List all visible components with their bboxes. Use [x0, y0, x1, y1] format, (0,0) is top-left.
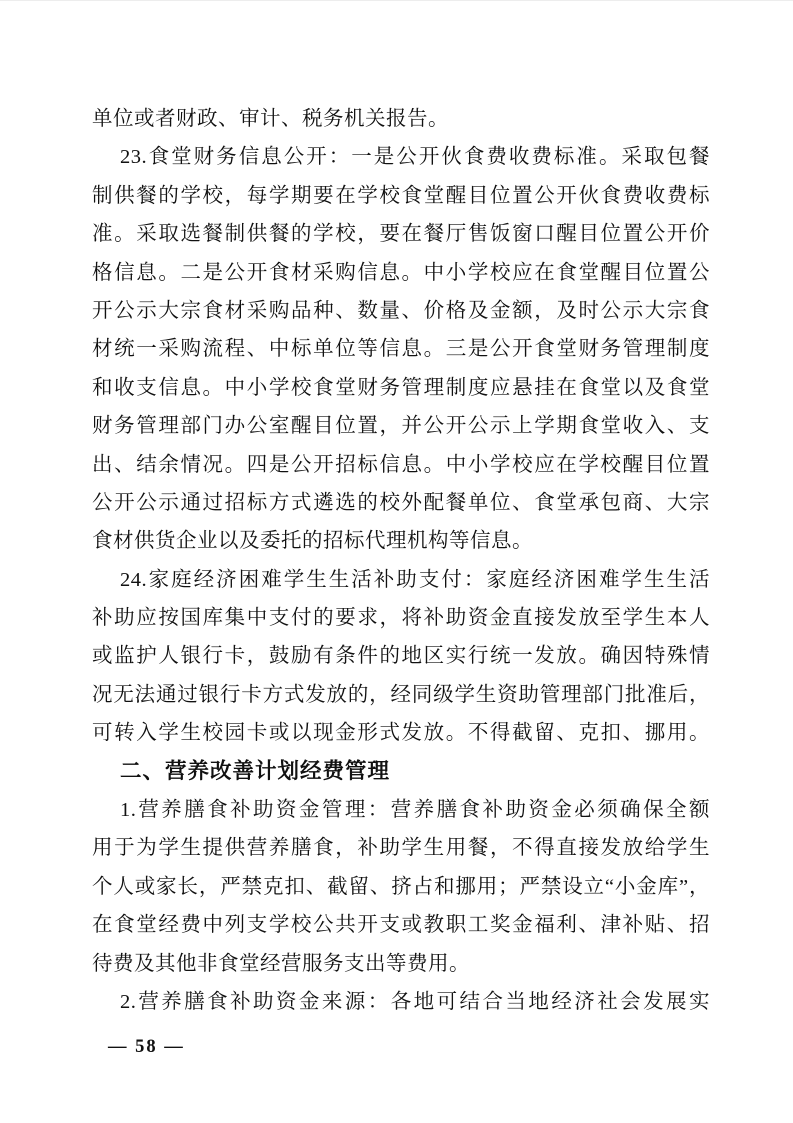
- document-page: 单位或者财政、审计、税务机关报告。23.食堂财务信息公开：一是公开伙食费收费标准…: [0, 0, 793, 1123]
- text-line: 可转入学生校园卡或以现金形式发放。不得截留、克扣、挪用。: [92, 714, 710, 752]
- text-line: 单位或者财政、审计、税务机关报告。: [92, 100, 710, 138]
- text-line: 准。采取选餐制供餐的学校，要在餐厅售饭窗口醒目位置公开价: [92, 215, 710, 253]
- text-line: 24.家庭经济困难学生生活补助支付：家庭经济困难学生生活: [92, 561, 710, 599]
- paragraph: 23.食堂财务信息公开：一是公开伙食费收费标准。采取包餐制供餐的学校，每学期要在…: [92, 138, 710, 560]
- page-number: — 58 —: [108, 1037, 185, 1058]
- text-line: 用于为学生提供营养膳食，补助学生用餐，不得直接发放给学生: [92, 829, 710, 867]
- text-line: 在食堂经费中列支学校公共开支或教职工奖金福利、津补贴、招: [92, 906, 710, 944]
- text-line: 制供餐的学校，每学期要在学校食堂醒目位置公开伙食费收费标: [92, 177, 710, 215]
- document-body: 单位或者财政、审计、税务机关报告。23.食堂财务信息公开：一是公开伙食费收费标准…: [92, 100, 710, 1021]
- text-line: 2.营养膳食补助资金来源：各地可结合当地经济社会发展实: [92, 983, 710, 1021]
- text-line: 况无法通过银行卡方式发放的，经同级学生资助管理部门批准后，: [92, 676, 710, 714]
- text-line: 补助应按国库集中支付的要求，将补助资金直接发放至学生本人: [92, 599, 710, 637]
- text-line: 公开公示通过招标方式遴选的校外配餐单位、食堂承包商、大宗: [92, 484, 710, 522]
- text-line: 待费及其他非食堂经营服务支出等费用。: [92, 945, 710, 983]
- paragraph: 1.营养膳食补助资金管理：营养膳食补助资金必须确保全额用于为学生提供营养膳食，补…: [92, 791, 710, 983]
- text-line: 开公示大宗食材采购品种、数量、价格及金额，及时公示大宗食: [92, 292, 710, 330]
- text-line: 和收支信息。中小学校食堂财务管理制度应悬挂在食堂以及食堂: [92, 369, 710, 407]
- text-line: 财务管理部门办公室醒目位置，并公开公示上学期食堂收入、支: [92, 407, 710, 445]
- text-line: 23.食堂财务信息公开：一是公开伙食费收费标准。采取包餐: [92, 138, 710, 176]
- text-line: 材统一采购流程、中标单位等信息。三是公开食堂财务管理制度: [92, 330, 710, 368]
- text-line: 或监护人银行卡，鼓励有条件的地区实行统一发放。确因特殊情: [92, 637, 710, 675]
- text-line: 格信息。二是公开食材采购信息。中小学校应在食堂醒目位置公: [92, 254, 710, 292]
- text-line: 出、结余情况。四是公开招标信息。中小学校应在学校醒目位置: [92, 446, 710, 484]
- text-line: 食材供货企业以及委托的招标代理机构等信息。: [92, 522, 710, 560]
- section-heading: 二、营养改善计划经费管理: [92, 753, 710, 791]
- paragraph: 24.家庭经济困难学生生活补助支付：家庭经济困难学生生活补助应按国库集中支付的要…: [92, 561, 710, 753]
- paragraph: 单位或者财政、审计、税务机关报告。: [92, 100, 710, 138]
- text-line: 个人或家长，严禁克扣、截留、挤占和挪用；严禁设立“小金库”，: [92, 868, 710, 906]
- paragraph: 2.营养膳食补助资金来源：各地可结合当地经济社会发展实: [92, 983, 710, 1021]
- text-line: 1.营养膳食补助资金管理：营养膳食补助资金必须确保全额: [92, 791, 710, 829]
- section-heading-block: 二、营养改善计划经费管理: [92, 753, 710, 791]
